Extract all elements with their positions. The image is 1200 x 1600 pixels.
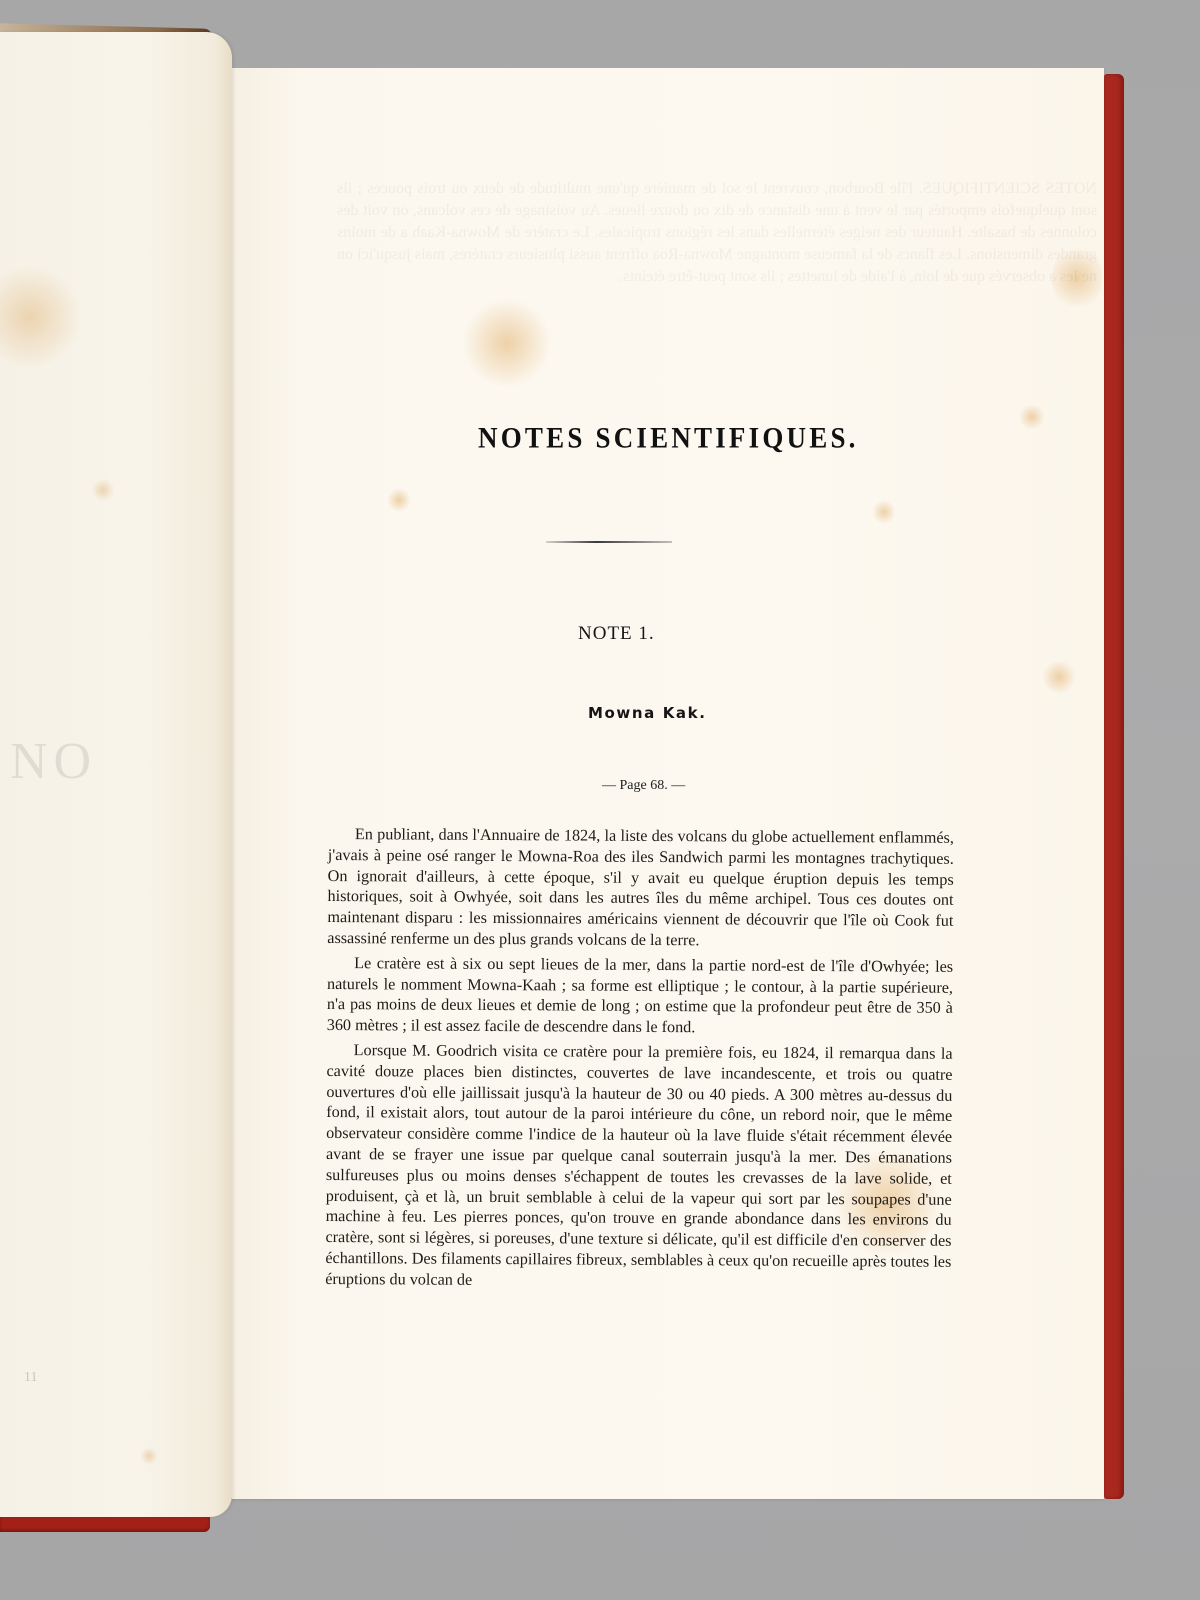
show-through-heading: NO [10,732,97,791]
foxing-stain [0,262,80,372]
title-divider [546,541,672,543]
note-heading: NOTE 1. [578,623,718,645]
foxing-stain [140,1447,158,1465]
foxing-stain [872,500,896,524]
foxing-stain [1019,404,1045,430]
page-title: NOTES SCIENTIFIQUES. [478,422,908,455]
body-text: En publiant, dans l'Annuaire de 1824, la… [325,824,954,1297]
foxing-stain [1042,660,1076,694]
cover-edge-right-red [1104,74,1124,1499]
paragraph: Lorsque M. Goodrich visita ce cratère po… [325,1040,953,1293]
left-page: NO 11 [0,32,232,1517]
foxing-stain [462,298,552,388]
show-through-text: NOTES SCIENTIFIQUES. l'île Bourbon, couv… [337,178,1097,738]
page-reference: — Page 68. — [602,778,762,794]
foxing-stain [92,478,114,502]
show-through-page-number: 11 [24,1370,37,1386]
right-page: NOTES SCIENTIFIQUES. l'île Bourbon, couv… [232,68,1104,1499]
note-subject: Mowna Kak. [588,704,728,722]
foxing-stain [387,488,411,512]
paragraph: Le cratère est à six ou sept lieues de l… [327,953,953,1040]
paragraph: En publiant, dans l'Annuaire de 1824, la… [327,824,954,953]
foxing-stain [1052,243,1102,313]
